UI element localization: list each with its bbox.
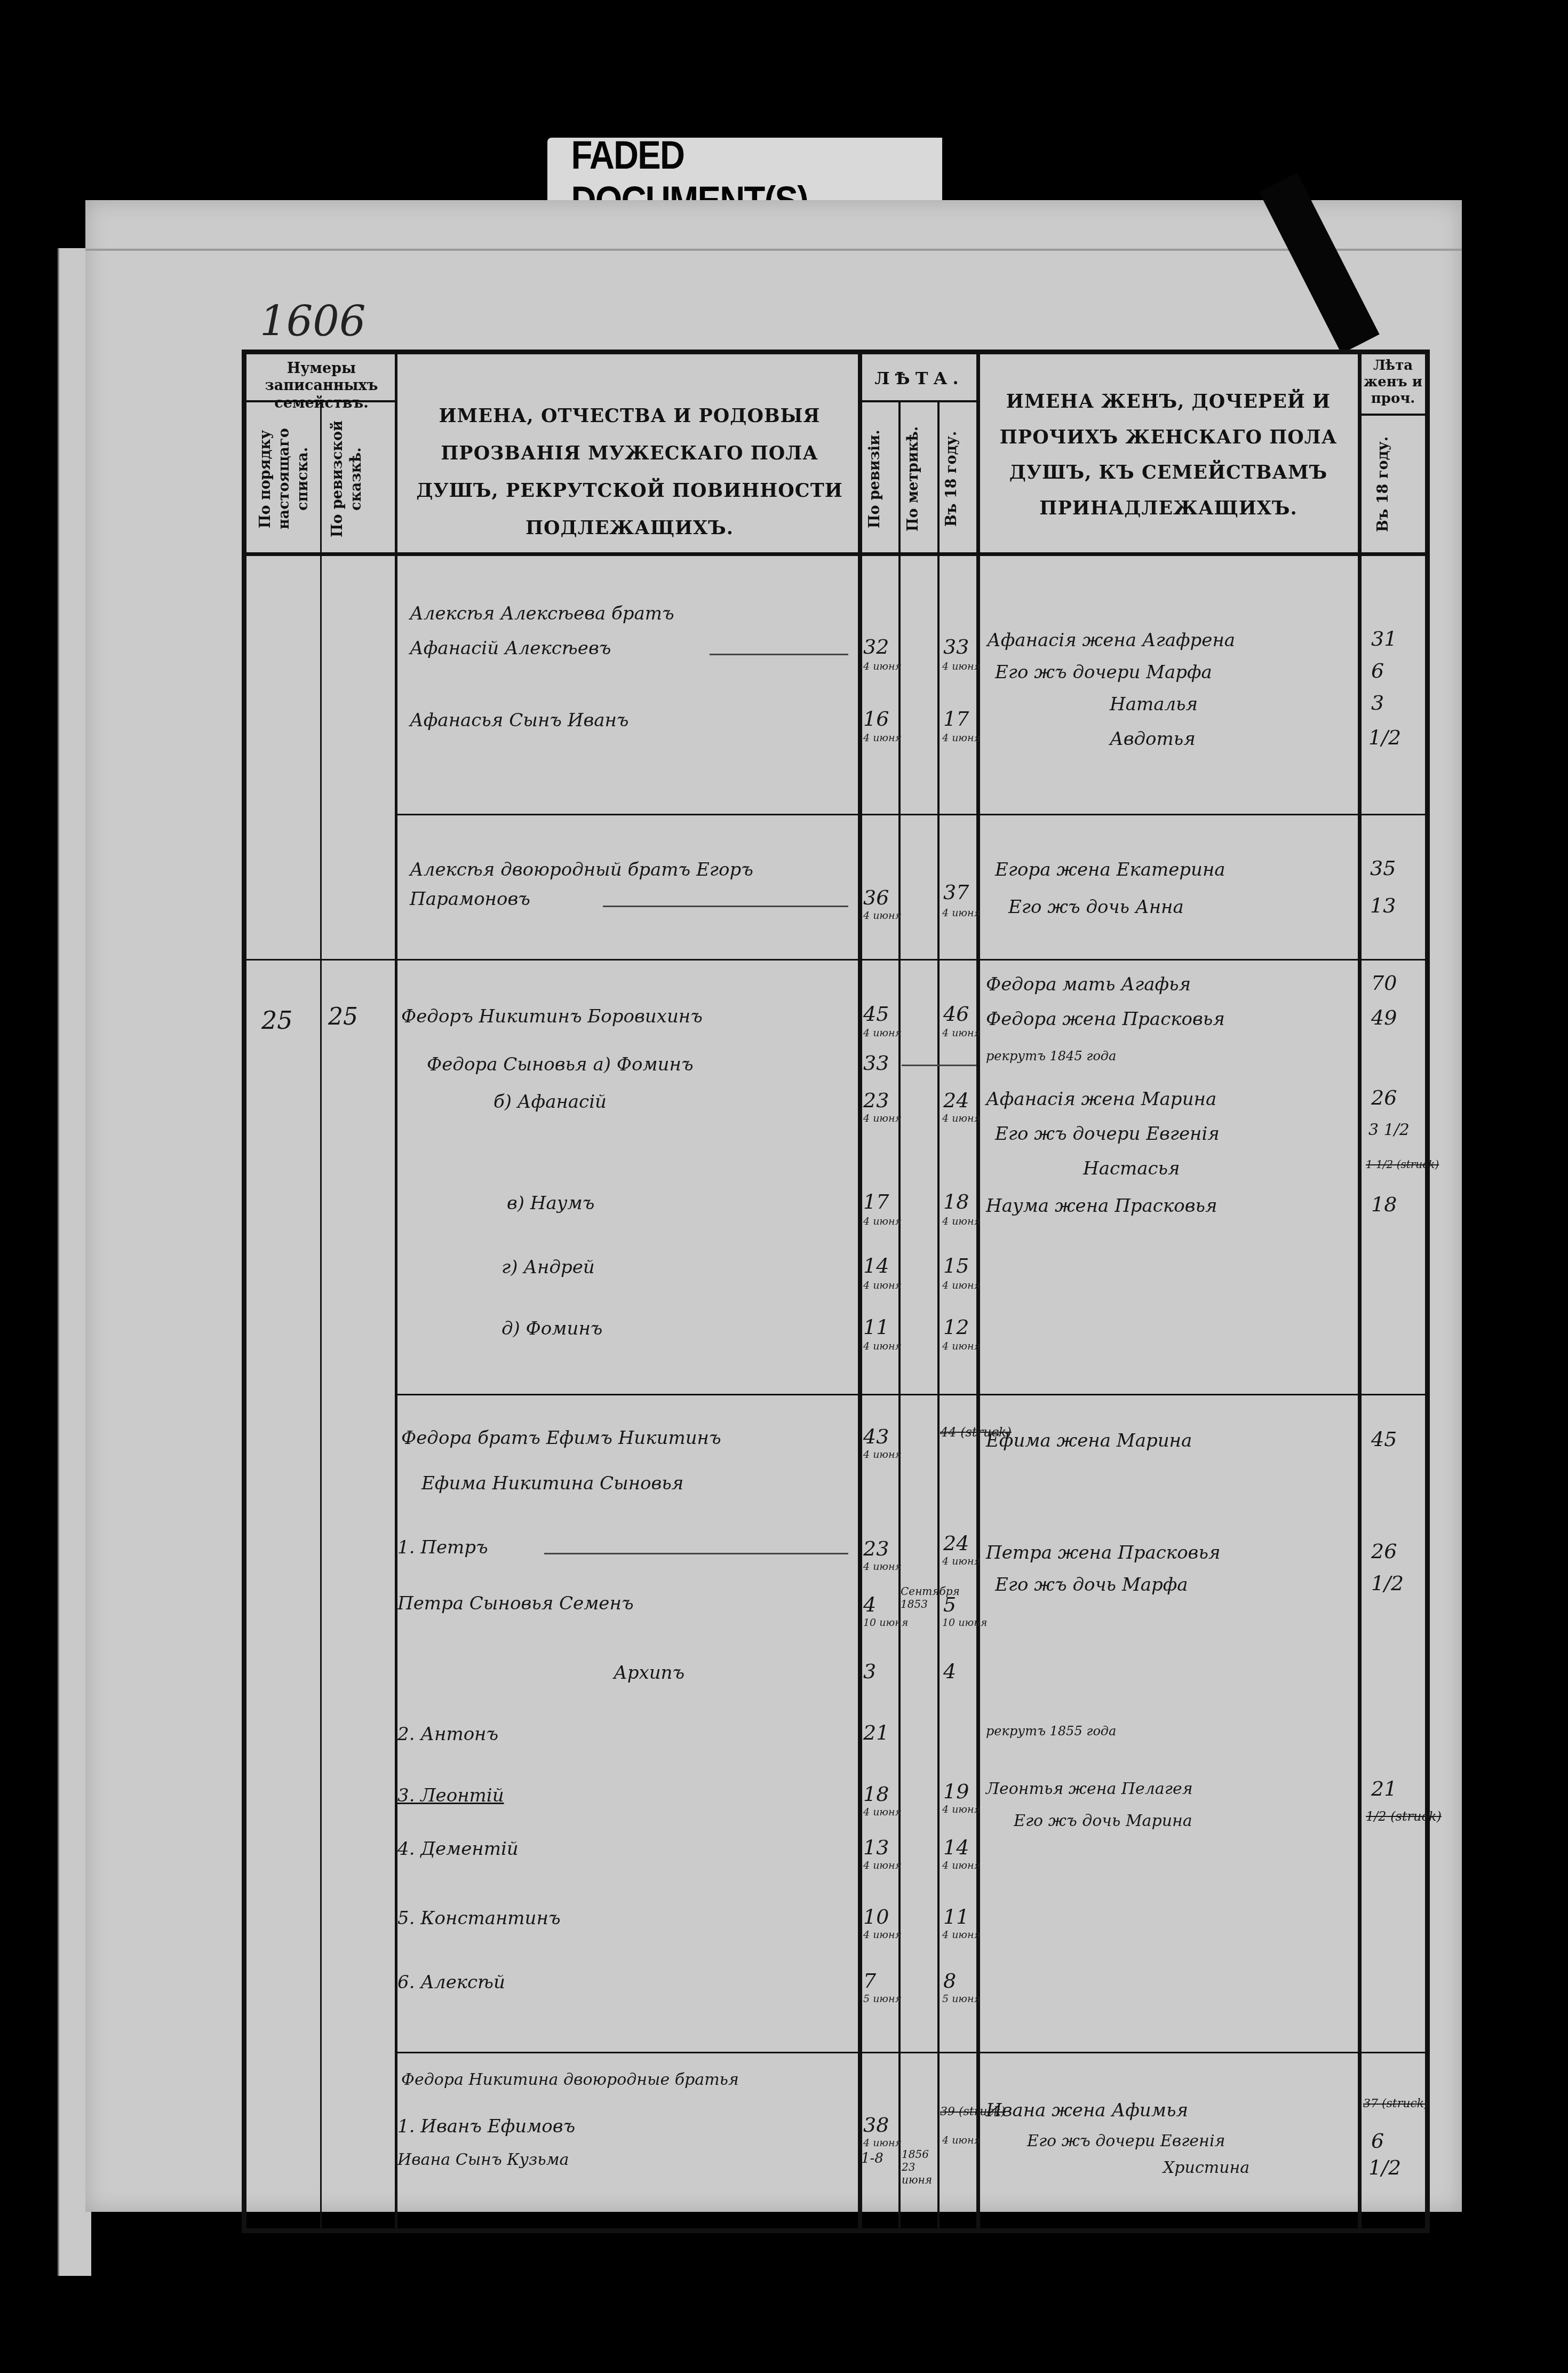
age-revision: 13: [863, 1836, 889, 1859]
age-revision: 36: [863, 886, 889, 909]
female-entry: Его жъ дочери Марфа: [995, 662, 1212, 683]
female-entry: Федора мать Агафья: [986, 974, 1191, 995]
age-revision-note: 4 июня: [863, 1806, 902, 1818]
age-revision-note: 4 июня: [863, 1929, 902, 1941]
age-18-note: 4 июня: [942, 1216, 981, 1227]
female-entry: Наума жена Прасковья: [986, 1195, 1217, 1217]
age-revision: 3: [863, 1660, 876, 1683]
age-revision: 45: [863, 1002, 889, 1026]
female-age: 31: [1371, 627, 1397, 650]
age-revision: 10: [863, 1905, 889, 1928]
age-revision: 1-8: [861, 2150, 884, 2166]
male-entry: г) Андрей: [502, 1257, 595, 1278]
age-18-note: 4 июня: [942, 1027, 981, 1039]
age-revision-note: 4 июня: [863, 1860, 902, 1871]
male-entry: Федоръ Никитинъ Боровихинъ: [401, 1006, 703, 1027]
female-age: 26: [1371, 1086, 1397, 1109]
family-number-current: 25: [261, 1006, 293, 1035]
age-18-note: 4 июня: [942, 1929, 981, 1941]
age-18-note: 4 июня: [942, 661, 981, 672]
age-18: 19: [943, 1780, 969, 1803]
male-entry: Алексѣя двоюродный братъ Егоръ: [410, 859, 753, 880]
male-entry: Федора Никитина двоюродные братья: [401, 2070, 739, 2089]
age-18: 33: [943, 635, 969, 658]
age-revision-note: 4 июня: [863, 2137, 902, 2149]
female-entry: Леонтья жена Пелагея: [986, 1780, 1193, 1798]
header-bottom-rule: [246, 552, 1426, 556]
age-18-note: 4 июня: [942, 1340, 981, 1352]
header-by-metric: По метрикѣ.: [904, 411, 935, 547]
leader-dash: [544, 1553, 848, 1554]
col-rule-4: [898, 400, 901, 2231]
recruit-note: рекрутъ 1845 года: [986, 1049, 1116, 1064]
ages-header-rule: [859, 400, 977, 402]
age-revision: 43: [863, 1425, 889, 1448]
age-revision-note: 4 июня: [863, 910, 902, 922]
section-divider-3: [397, 1394, 1427, 1395]
age-18-note: 4 июня: [942, 1860, 981, 1871]
male-entry: 1. Иванъ Ефимовъ: [397, 2116, 575, 2137]
header-in-18-year: Въ 18 году.: [942, 411, 973, 547]
female-entry: Ивана жена Афимья: [986, 2100, 1188, 2121]
age-18: 15: [943, 1254, 969, 1277]
age-18: 12: [943, 1315, 969, 1339]
age-revision: 17: [863, 1190, 889, 1213]
female-entry: Его жъ дочери Евгенія: [1027, 2132, 1225, 2150]
female-age-struck: 1/2 (struck): [1366, 1809, 1442, 1824]
age-18-note: 5 июня: [942, 1993, 981, 2005]
female-age: 35: [1370, 856, 1396, 880]
male-entry: в) Наумъ: [507, 1193, 594, 1214]
male-entry: Афанасій Алексѣевъ: [410, 638, 611, 659]
male-entry: Ефима Никитина Сыновья: [421, 1473, 683, 1494]
male-entry: 2. Антонъ: [397, 1724, 498, 1745]
female-age: 26: [1371, 1539, 1397, 1563]
age-18: 8: [943, 1969, 956, 1993]
header-female-in-18-year: Въ 18 году.: [1374, 422, 1411, 547]
male-entry: б) Афанасій: [494, 1091, 607, 1113]
col-rule-1: [320, 400, 322, 2231]
age-18: 4: [943, 1660, 956, 1683]
age-18-note: 4 июня: [942, 1280, 981, 1291]
page-top-fold: [85, 200, 1462, 251]
female-age: 45: [1371, 1427, 1397, 1451]
age-revision: 38: [863, 2113, 889, 2137]
col-rule-7: [1358, 354, 1362, 2233]
age-18-note: 4 июня: [942, 1804, 981, 1815]
age-revision-note: 4 июня: [863, 1113, 902, 1124]
age-revision-note: 4 июня: [863, 1449, 902, 1461]
section-divider-1: [397, 814, 1427, 815]
col-rule-5: [937, 400, 940, 2231]
age-18: 17: [943, 707, 969, 731]
age-revision: 23: [863, 1089, 889, 1112]
age-18: 5: [943, 1593, 956, 1616]
folio-number: 1606: [260, 298, 366, 346]
age-18: 24: [943, 1089, 969, 1112]
metric-note: Сентября 1853: [901, 1585, 938, 1610]
age-18-note: 4 июня: [942, 2134, 981, 2146]
age-18: 11: [943, 1905, 969, 1928]
male-entry: Петра Сыновья Семенъ: [397, 1593, 634, 1614]
male-entry: Федора Сыновья а) Фоминъ: [427, 1054, 694, 1075]
header-female-ages: Лѣта женъ и проч.: [1363, 358, 1423, 408]
age-18: 46: [943, 1002, 969, 1026]
age-18-note: 10 июня: [942, 1617, 987, 1629]
male-entry: 4. Дементій: [397, 1838, 519, 1860]
age-revision: 33: [863, 1051, 889, 1075]
male-entry: 3. Леонтій: [397, 1785, 504, 1806]
metric-note: 1856 23 июня: [902, 2148, 938, 2186]
header-female-names: ИМЕНА ЖЕНЪ, ДОЧЕРЕЙ И ПРОЧИХЪ ЖЕНСКАГО П…: [992, 384, 1344, 526]
male-entry: 1. Петръ: [397, 1537, 488, 1558]
female-age: 6: [1371, 659, 1384, 682]
age-18-note: 4 июня: [942, 1555, 981, 1567]
female-entry: Петра жена Прасковья: [986, 1542, 1220, 1564]
male-entry: 6. Алексѣй: [397, 1972, 505, 1993]
age-revision-note: 10 июня: [863, 1617, 908, 1629]
male-entry: д) Фоминъ: [502, 1318, 602, 1339]
age-18-note: 4 июня: [942, 732, 981, 744]
male-entry: Федора братъ Ефимъ Никитинъ: [401, 1427, 721, 1449]
male-entry: Архипъ: [614, 1662, 684, 1684]
female-entry: Федора жена Прасковья: [986, 1009, 1225, 1030]
age-18-note: 4 июня: [942, 1113, 981, 1124]
female-age: 1/2: [1368, 726, 1401, 749]
female-entry: Авдотья: [1110, 728, 1196, 750]
header-by-current-list: По порядку настоящаго списка.: [256, 411, 315, 547]
age-revision-note: 4 июня: [863, 1027, 902, 1039]
age-revision-note: 4 июня: [863, 1216, 902, 1227]
table-frame: [242, 350, 1430, 2233]
family-number-revision: 25: [328, 1003, 358, 1030]
female-age: 6: [1371, 2129, 1384, 2153]
age-revision-note: 5 июня: [863, 1993, 902, 2005]
header-male-names: ИМЕНА, ОТЧЕСТВА И РОДОВЫЯ ПРОЗВАНІЯ МУЖЕ…: [416, 398, 843, 547]
female-age: 3: [1371, 691, 1384, 715]
female-entry: Его жъ дочь Марина: [1014, 1812, 1192, 1830]
female-entry: Наталья: [1110, 694, 1198, 715]
leader-dash: [710, 654, 848, 655]
age-revision: 11: [863, 1315, 889, 1339]
female-age: 21: [1371, 1777, 1397, 1800]
male-entry: 5. Константинъ: [397, 1908, 561, 1929]
male-entry: Афанасья Сынъ Иванъ: [410, 710, 629, 731]
age-18: 18: [943, 1190, 969, 1213]
age-revision-note: 4 июня: [863, 732, 902, 744]
age-revision: 23: [863, 1537, 889, 1560]
female-entry: Афанасія жена Агафрена: [987, 630, 1235, 651]
age-revision-note: 4 июня: [863, 661, 902, 672]
col-rule-3: [858, 354, 862, 2233]
female-entry: Егора жена Екатерина: [995, 859, 1225, 880]
age-revision: 14: [863, 1254, 889, 1277]
leader-dash: [603, 906, 848, 907]
age-revision: 32: [863, 635, 889, 658]
age-18-note: 4 июня: [942, 907, 981, 919]
header-by-revision: По ревизіи.: [865, 411, 896, 547]
male-entry: Алексѣя Алексѣева братъ: [410, 603, 674, 624]
female-entry: Ефима жена Марина: [986, 1430, 1192, 1451]
age-revision-note: 4 июня: [863, 1561, 902, 1573]
female-age-struck: 37 (struck): [1363, 2097, 1429, 2110]
age-18: 14: [943, 1836, 969, 1859]
age-revision: 18: [863, 1782, 889, 1806]
female-age: 49: [1371, 1006, 1397, 1029]
age-18: 24: [943, 1531, 969, 1555]
age-revision-note: 4 июня: [863, 1340, 902, 1352]
female-age: 1/2: [1368, 2156, 1401, 2179]
age-revision: 21: [863, 1721, 889, 1744]
female-entry: Его жъ дочь Марфа: [995, 1574, 1188, 1596]
male-entry: Ивана Сынъ Кузьма: [397, 2150, 569, 2169]
age-revision: 16: [863, 707, 889, 731]
age-revision: 7: [863, 1969, 876, 1993]
age-revision-note: 4 июня: [863, 1280, 902, 1291]
section-divider-2: [246, 959, 1426, 961]
female-entry: Его жъ дочь Анна: [1008, 896, 1184, 918]
female-entry: Афанасія жена Марина: [986, 1089, 1216, 1110]
female-age: 13: [1370, 894, 1396, 917]
female-entry: Христина: [1163, 2158, 1249, 2177]
age-revision: 4: [863, 1593, 876, 1616]
section-divider-4: [397, 2052, 1427, 2053]
age-18: 37: [943, 880, 969, 904]
female-ages-header-rule: [1358, 414, 1426, 416]
female-age: 1/2: [1371, 1572, 1404, 1595]
female-age: 18: [1371, 1193, 1397, 1216]
header-ages: ЛѢТА.: [862, 368, 976, 388]
header-by-revision-tale: По ревизской сказкѣ.: [328, 411, 389, 547]
header-family-numbers: Нумеры записанныхъ семействъ.: [248, 360, 395, 412]
leader-dash: [902, 1065, 976, 1066]
female-age: 3 1/2: [1368, 1121, 1410, 1139]
male-entry: Парамоновъ: [410, 888, 530, 910]
recruit-note: рекрутъ 1855 года: [986, 1724, 1116, 1739]
female-entry: Его жъ дочери Евгенія: [995, 1123, 1220, 1145]
col-rule-6: [976, 354, 980, 2233]
female-age-struck: 1 1/2 (struck): [1366, 1158, 1439, 1171]
female-entry: Настасья: [1083, 1158, 1180, 1179]
female-age: 70: [1371, 971, 1397, 995]
col-rule-2: [395, 354, 397, 2233]
